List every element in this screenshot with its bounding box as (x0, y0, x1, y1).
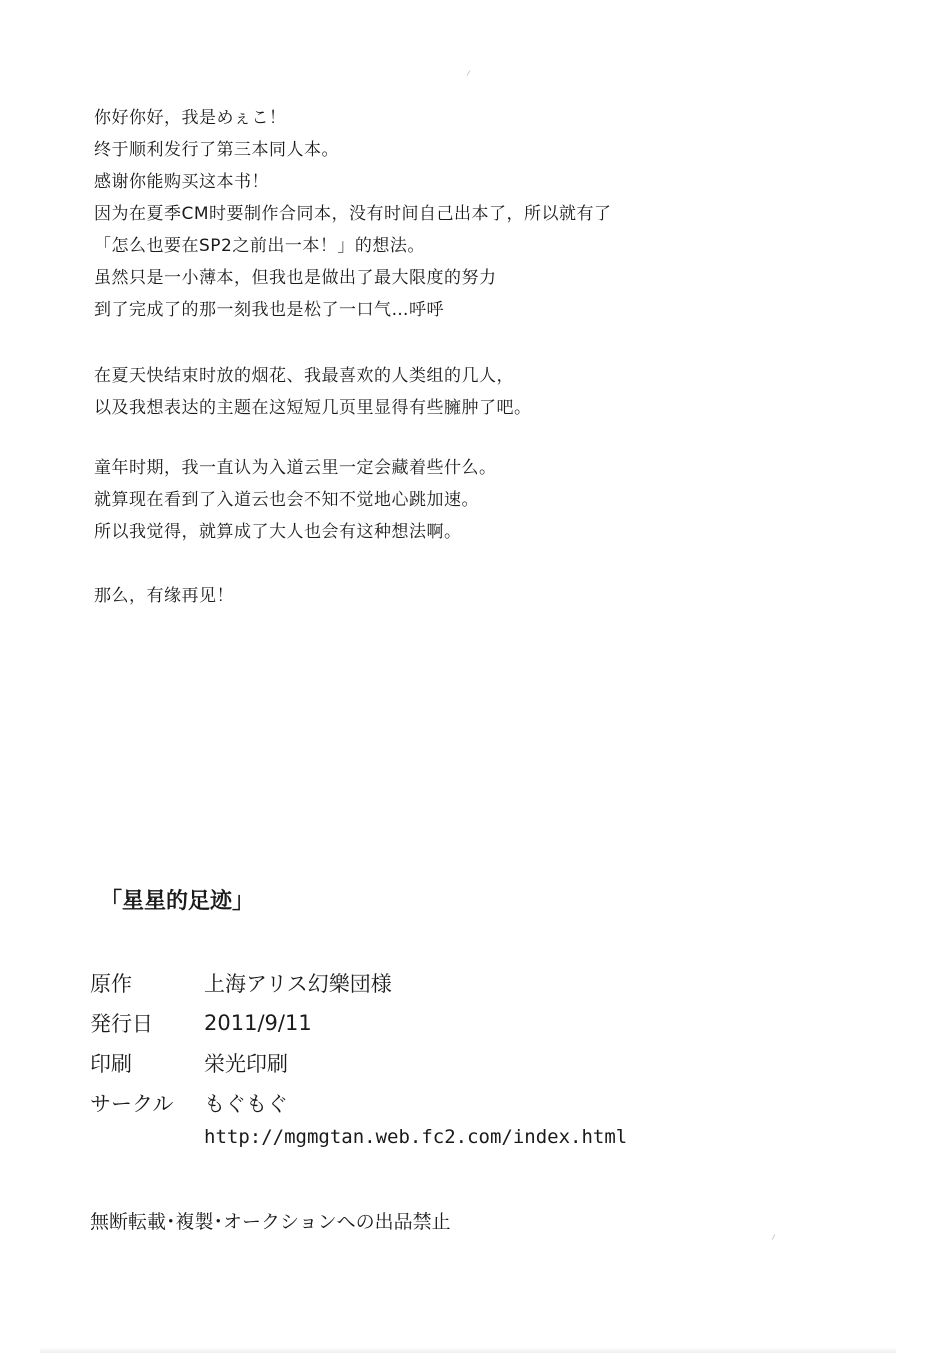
text-line: 「怎么也要在SP2之前出一本！」的想法。 (94, 230, 612, 262)
text-line: 所以我觉得，就算成了大人也会有这种想法啊。 (94, 516, 497, 548)
text-line: 感谢你能购买这本书！ (94, 166, 612, 198)
afterword-paragraph-4: 那么，有缘再见！ (94, 580, 234, 612)
colophon-label: 印刷 (90, 1048, 204, 1078)
text-line: 到了完成了的那一刻我也是松了一口气…呼呼 (94, 294, 612, 326)
text-line: 那么，有缘再见！ (94, 580, 234, 612)
afterword-paragraph-2: 在夏天快结束时放的烟花、我最喜欢的人类组的几人， 以及我想表达的主题在这短短几页… (94, 360, 532, 424)
book-title: 「星星的足迹」 (100, 884, 254, 915)
text-line: 终于顺利发行了第三本同人本。 (94, 134, 612, 166)
afterword-paragraph-3: 童年时期，我一直认为入道云里一定会藏着些什么。 就算现在看到了入道云也会不知不觉… (94, 452, 497, 548)
colophon-row-original: 原作 上海アリス幻樂団様 (90, 963, 392, 1003)
colophon-row-date: 発行日 2011/9/11 (90, 1003, 392, 1043)
afterword-paragraph-1: 你好你好，我是めぇこ！ 终于顺利发行了第三本同人本。 感谢你能购买这本书！ 因为… (94, 102, 612, 326)
text-line: 因为在夏季CM时要制作合同本，没有时间自己出本了，所以就有了 (94, 198, 612, 230)
colophon-table: 原作 上海アリス幻樂団様 発行日 2011/9/11 印刷 栄光印刷 サークル … (90, 963, 392, 1123)
scan-edge-shadow (40, 1347, 896, 1353)
colophon-value: 2011/9/11 (204, 1011, 312, 1035)
colophon-label: 原作 (90, 968, 204, 998)
colophon-value: 栄光印刷 (204, 1048, 288, 1078)
scan-speck (772, 1234, 776, 1240)
text-line: 就算现在看到了入道云也会不知不觉地心跳加速。 (94, 484, 497, 516)
scan-speck (467, 70, 471, 76)
colophon-value: もぐもぐ (204, 1088, 288, 1118)
colophon-value: 上海アリス幻樂団様 (204, 968, 392, 998)
colophon-row-printer: 印刷 栄光印刷 (90, 1043, 392, 1083)
text-line: 虽然只是一小薄本，但我也是做出了最大限度的努力 (94, 262, 612, 294)
colophon-row-circle: サークル もぐもぐ (90, 1083, 392, 1123)
text-line: 童年时期，我一直认为入道云里一定会藏着些什么。 (94, 452, 497, 484)
text-line: 你好你好，我是めぇこ！ (94, 102, 612, 134)
text-line: 在夏天快结束时放的烟花、我最喜欢的人类组的几人， (94, 360, 532, 392)
copyright-notice: 無断転載･複製･オークションへの出品禁止 (90, 1207, 451, 1234)
text-line: 以及我想表达的主题在这短短几页里显得有些臃肿了吧。 (94, 392, 532, 424)
colophon-label: サークル (90, 1088, 204, 1118)
circle-website-url: http://mgmgtan.web.fc2.com/index.html (204, 1126, 627, 1148)
colophon-label: 発行日 (90, 1008, 204, 1038)
